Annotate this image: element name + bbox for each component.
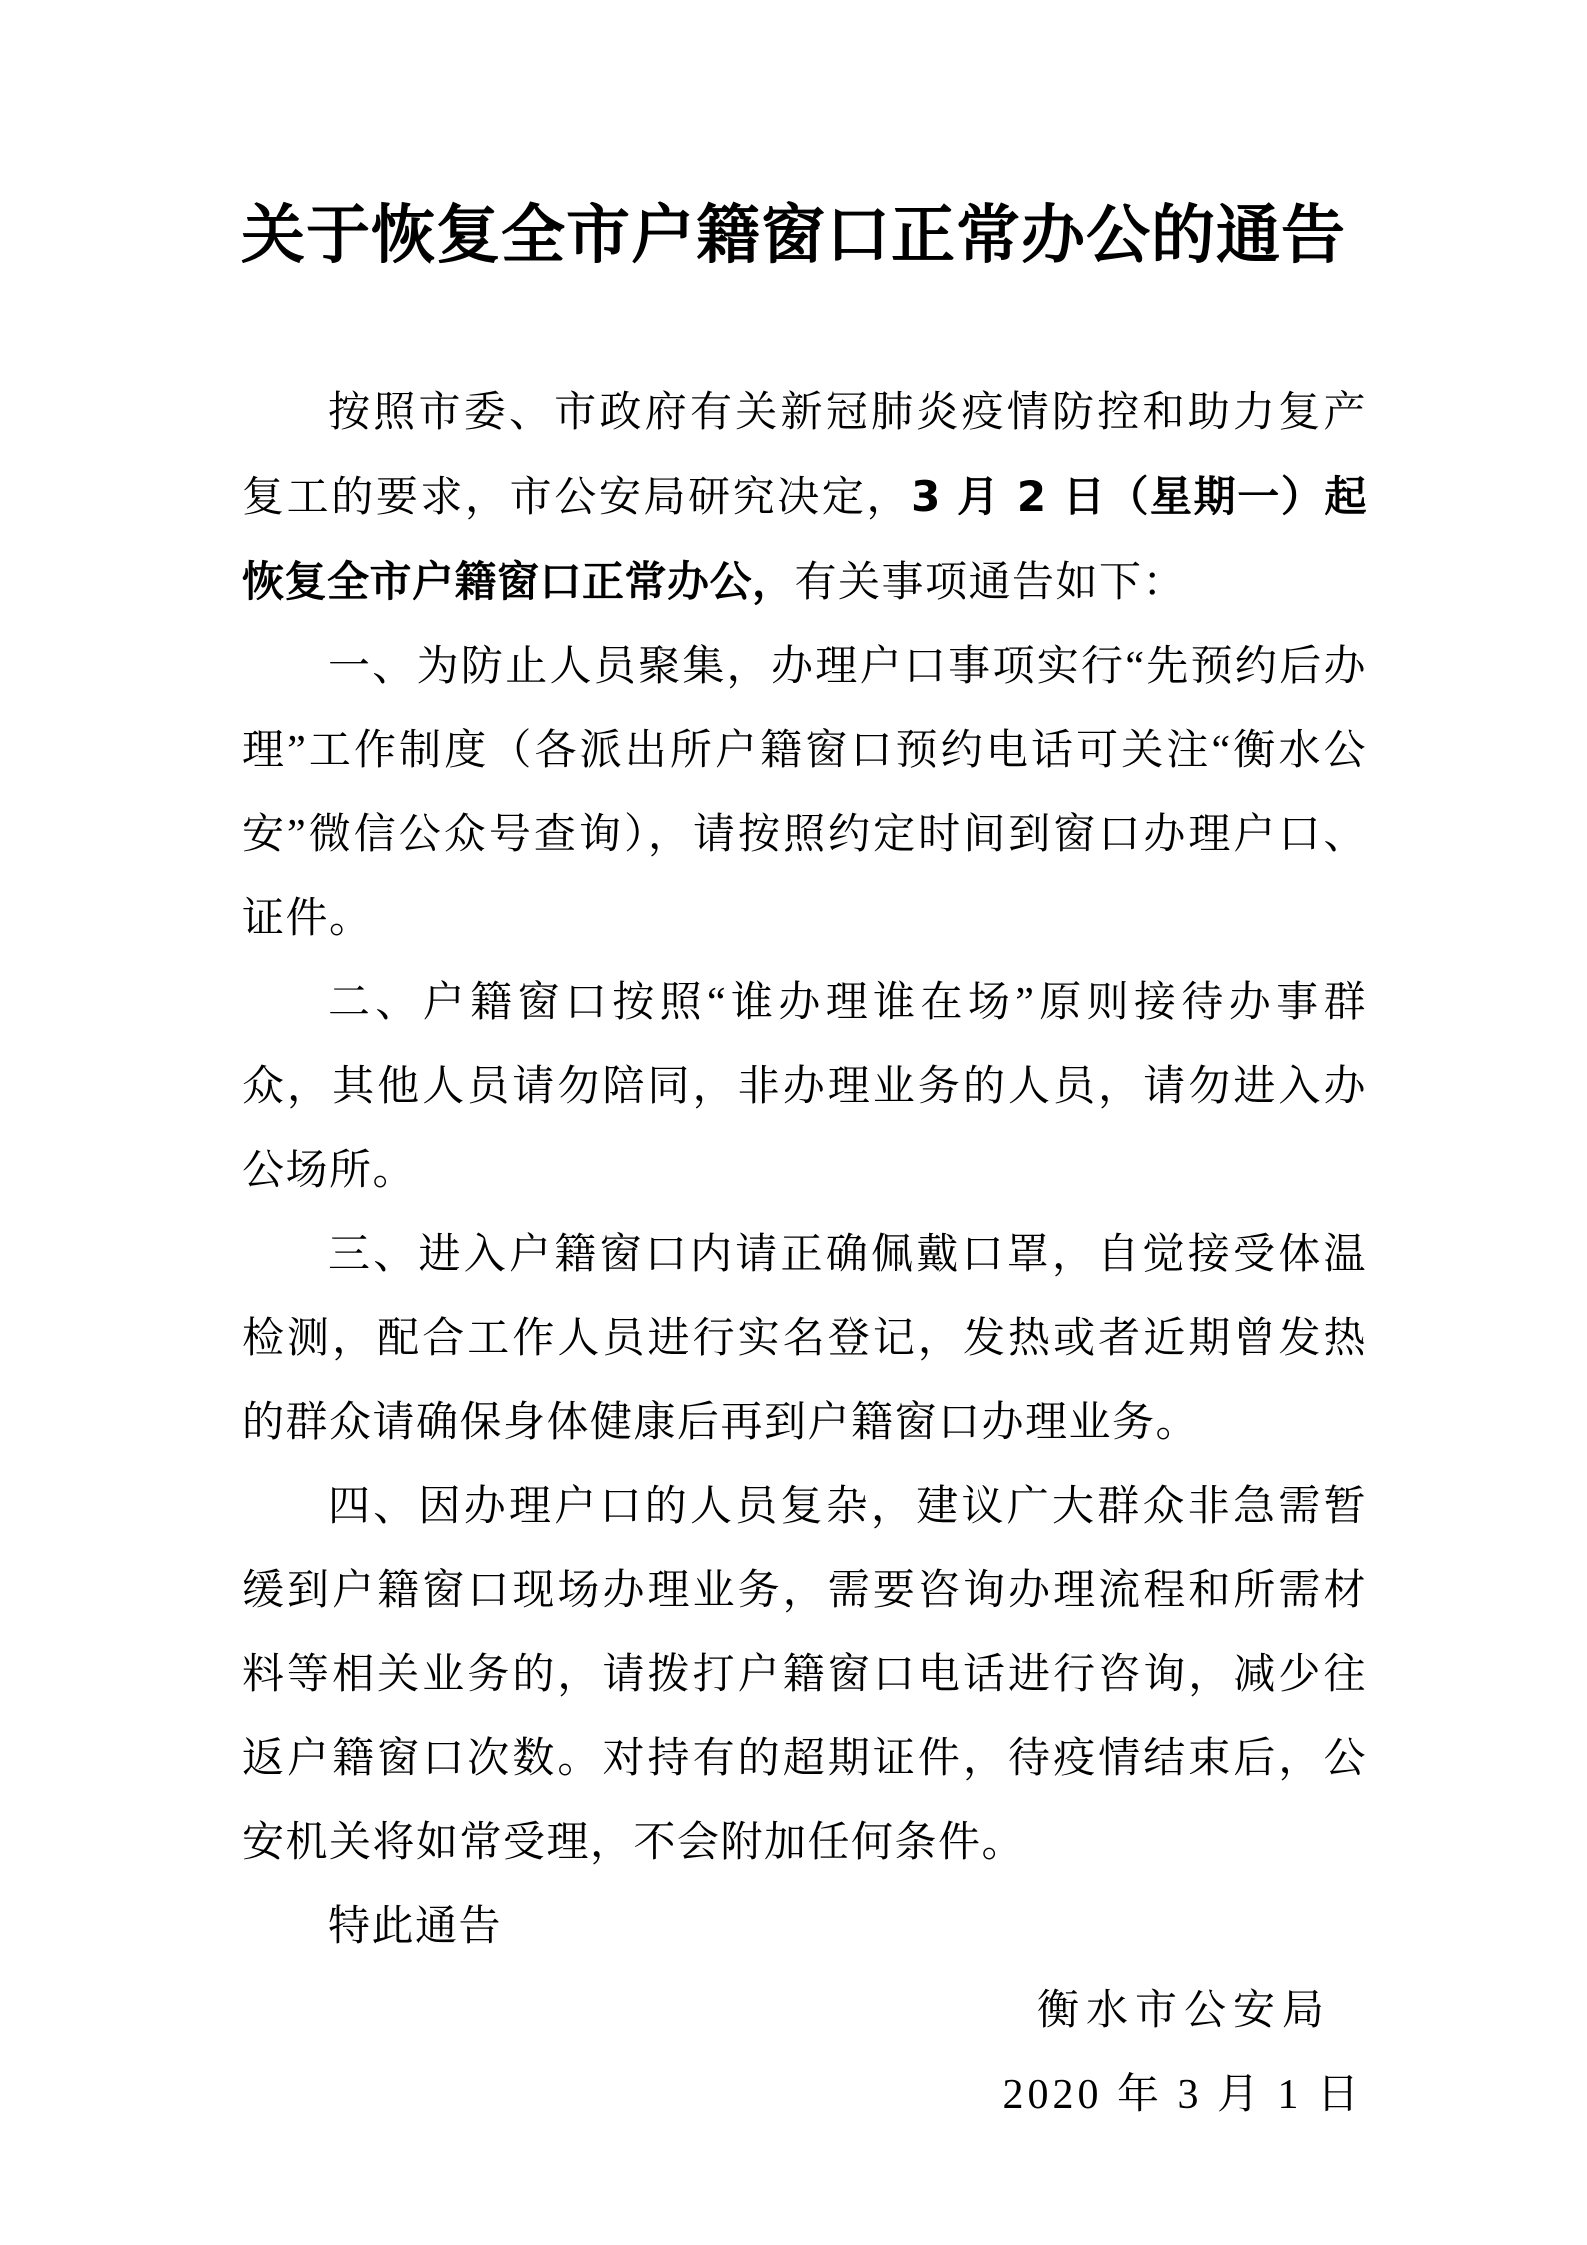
notice-item-1: 一、为防止人员聚集，办理户口事项实行“先预约后办理”工作制度（各派出所户籍窗口预…: [242, 625, 1367, 961]
intro-paragraph: 按照市委、市政府有关新冠肺炎疫情防控和助力复产复工的要求，市公安局研究决定，3 …: [242, 371, 1367, 625]
notice-item-3: 三、进入户籍窗口内请正确佩戴口罩，自觉接受体温检测，配合工作人员进行实名登记，发…: [242, 1213, 1367, 1465]
agency-signature: 衡水市公安局: [242, 1969, 1367, 2053]
notice-page: 关于恢复全市户籍窗口正常办公的通告 按照市委、市政府有关新冠肺炎疫情防控和助力复…: [0, 0, 1587, 2245]
notice-date: 2020 年 3 月 1 日: [242, 2053, 1367, 2137]
notice-item-4: 四、因办理户口的人员复杂，建议广大群众非急需暂缓到户籍窗口现场办理业务，需要咨询…: [242, 1465, 1367, 1885]
notice-item-2: 二、户籍窗口按照“谁办理谁在场”原则接待办事群众，其他人员请勿陪同，非办理业务的…: [242, 961, 1367, 1213]
document-title: 关于恢复全市户籍窗口正常办公的通告: [0, 0, 1587, 275]
intro-regular-end: 有关事项通告如下：: [795, 560, 1187, 606]
document-body: 按照市委、市政府有关新冠肺炎疫情防控和助力复产复工的要求，市公安局研究决定，3 …: [0, 371, 1587, 2137]
closing-line: 特此通告: [242, 1885, 1367, 1969]
